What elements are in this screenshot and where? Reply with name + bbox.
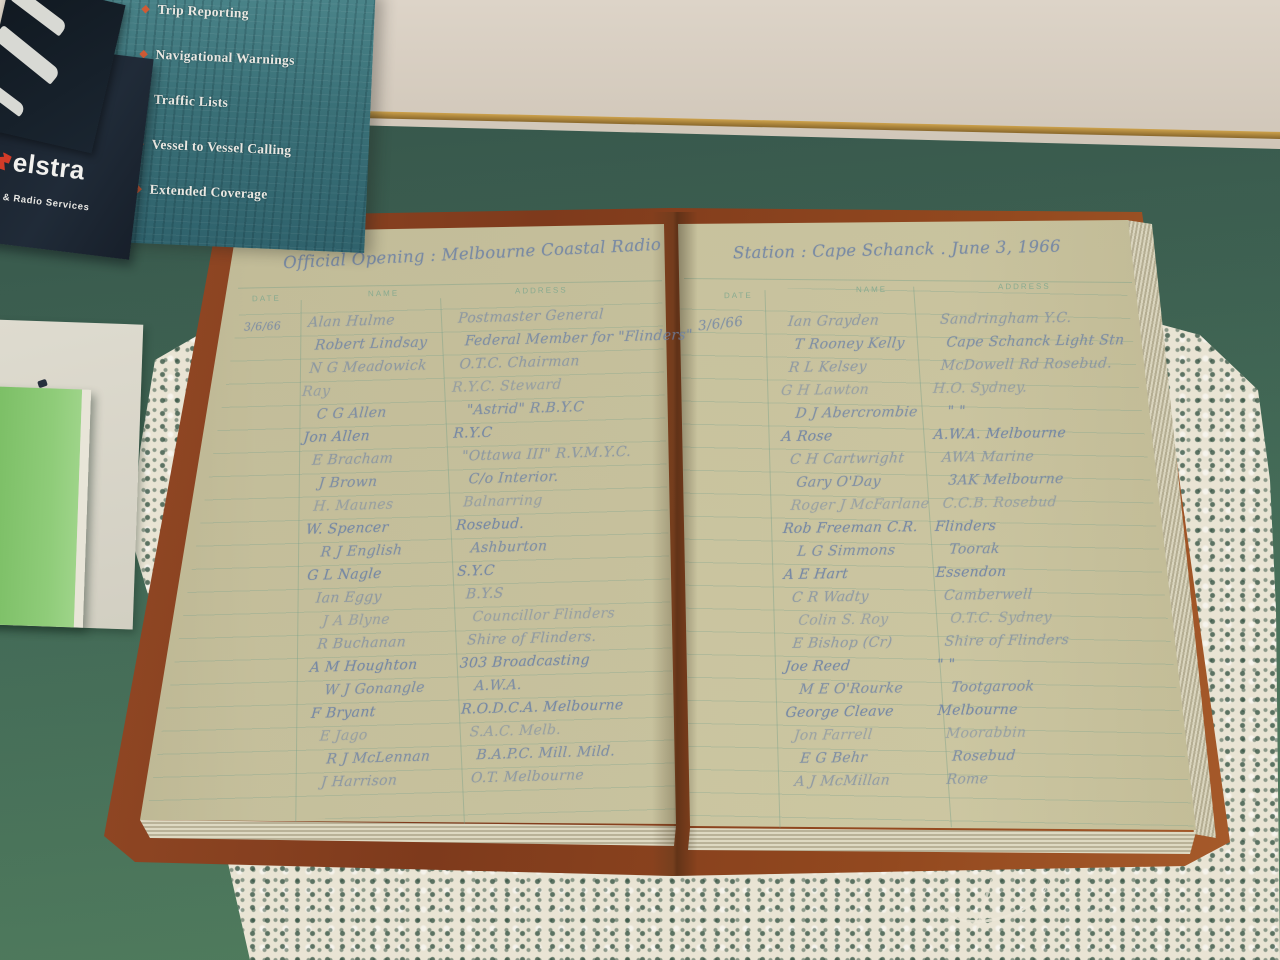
right-column-date-label: DATE bbox=[724, 291, 753, 300]
boat-shape-icon bbox=[0, 25, 61, 85]
guest-name: Jon Farrell bbox=[785, 726, 947, 744]
brochure-service-list: Trip Reporting Navigational Warnings Tra… bbox=[133, 1, 298, 233]
guest-address: Sandringham Y.C. bbox=[940, 309, 1173, 328]
guest-name: E Bracham bbox=[303, 449, 462, 469]
telstra-logo-icon bbox=[0, 151, 12, 171]
guestbook-entries-left: Alan Hulme Postmaster General Robert Lin… bbox=[300, 305, 675, 798]
guest-address: H.O. Sydney. bbox=[932, 378, 1173, 397]
brochure-service-label: Traffic Lists bbox=[153, 92, 228, 111]
guest-name: D J Abercrombie bbox=[781, 404, 949, 422]
guest-name: E G Behr bbox=[785, 749, 953, 767]
guest-name: E Bishop (Cr) bbox=[784, 634, 946, 652]
guest-address: A.W.A. Melbourne bbox=[933, 424, 1174, 443]
guest-name: Robert Lindsay bbox=[300, 333, 465, 354]
right-column-address-label: ADDRESS bbox=[998, 282, 1051, 291]
guest-name: F Bryant bbox=[310, 702, 461, 722]
left-page-date: 3/6/66 bbox=[244, 319, 282, 333]
guest-address: Moorabbin bbox=[945, 722, 1178, 741]
guest-name: Ian Eggy bbox=[307, 586, 466, 606]
guest-name: R J McLennan bbox=[312, 747, 477, 768]
guest-address: Flinders bbox=[934, 515, 1175, 534]
bullet-icon bbox=[141, 5, 149, 13]
guest-name: T Rooney Kelly bbox=[780, 335, 948, 353]
guest-name: C R Wadty bbox=[783, 588, 945, 606]
brochure-service-label: Extended Coverage bbox=[149, 182, 268, 203]
guest-name: N G Meadowick bbox=[301, 357, 460, 377]
guest-address: O.T.C. Sydney bbox=[950, 607, 1177, 626]
guest-name: A J McMillan bbox=[786, 772, 948, 790]
brochure-service-label: Vessel to Vessel Calling bbox=[151, 137, 291, 159]
guest-name: R L Kelsey bbox=[780, 358, 942, 376]
guest-name: Colin S. Roy bbox=[783, 611, 951, 629]
guest-name: Rob Freeman C.R. bbox=[782, 519, 936, 537]
guest-name: A Rose bbox=[781, 427, 935, 445]
telstra-brand-text: elstra bbox=[11, 147, 87, 187]
guest-address: McDowell Rd Rosebud. bbox=[940, 355, 1173, 374]
guest-address: Camberwell bbox=[943, 584, 1176, 603]
guest-address: Rosebud bbox=[952, 745, 1179, 764]
guest-name: G L Nagle bbox=[307, 564, 458, 584]
photo-guestbook-scene: A Official Opening : Melbourne Coastal R… bbox=[0, 0, 1280, 960]
guest-name: Gary O'Day bbox=[781, 473, 949, 491]
guest-address: Melbourne bbox=[937, 699, 1178, 718]
boat-shape-icon bbox=[8, 0, 68, 36]
guest-address: 3AK Melbourne bbox=[948, 470, 1175, 489]
guest-address: " " bbox=[947, 401, 1174, 420]
guest-name: A M Houghton bbox=[309, 656, 460, 676]
guest-name: Ray bbox=[301, 380, 452, 400]
guest-name: L G Simmons bbox=[782, 542, 950, 560]
guest-name: H. Maunes bbox=[305, 494, 464, 514]
guest-name: C H Cartwright bbox=[781, 450, 943, 468]
guest-name: M E O'Rourke bbox=[784, 680, 952, 698]
telstra-brand-subtitle: Satellite & Radio Services bbox=[0, 188, 141, 220]
guest-address: Tootgarook bbox=[951, 676, 1178, 695]
brochure-service-label: Navigational Warnings bbox=[155, 47, 295, 69]
guest-address: Cape Schanck Light Stn bbox=[946, 332, 1173, 351]
guest-address: " " bbox=[936, 653, 1177, 672]
guest-name: George Cleave bbox=[785, 703, 939, 721]
brochure-service-item: Vessel to Vessel Calling bbox=[136, 136, 291, 159]
guest-address: Rome bbox=[946, 768, 1179, 787]
left-column-date-label: DATE bbox=[252, 294, 281, 304]
guest-name: W. Spencer bbox=[305, 518, 456, 538]
guest-address: Toorak bbox=[949, 538, 1176, 557]
right-column-name-label: NAME bbox=[856, 285, 887, 294]
guest-name: R Buchanan bbox=[308, 632, 467, 652]
guest-address: AWA Marine bbox=[941, 447, 1174, 466]
brochure-service-item: Extended Coverage bbox=[134, 181, 289, 204]
left-column-address-label: ADDRESS bbox=[515, 286, 568, 296]
brochure-service-item: Traffic Lists bbox=[138, 91, 293, 114]
left-column-name-label: NAME bbox=[368, 289, 399, 299]
guest-name: Roger J McFarlane bbox=[782, 496, 944, 514]
guest-name: Ian Grayden bbox=[779, 312, 941, 330]
guest-name: E Jago bbox=[311, 724, 470, 744]
guest-name: J A Blyne bbox=[308, 609, 473, 630]
boat-shape-icon bbox=[0, 80, 27, 117]
guest-name: C G Allen bbox=[302, 402, 467, 423]
guest-name: W J Gonangle bbox=[310, 678, 475, 699]
telstra-brand: elstra bbox=[0, 145, 87, 187]
guest-address: C.C.B. Rosebud bbox=[942, 492, 1175, 511]
guest-name: Jon Allen bbox=[303, 426, 454, 446]
guest-name: A E Hart bbox=[783, 565, 937, 583]
guest-name: R J English bbox=[306, 540, 471, 561]
guest-name: J Harrison bbox=[312, 770, 471, 790]
guest-name: Joe Reed bbox=[784, 657, 938, 675]
guest-name: J Brown bbox=[304, 471, 469, 492]
brochure-service-item: Trip Reporting bbox=[142, 1, 297, 24]
guest-name: Alan Hulme bbox=[299, 311, 458, 331]
guest-address: Essendon bbox=[935, 561, 1176, 580]
guest-address: Shire of Flinders bbox=[944, 630, 1177, 649]
brochure-service-label: Trip Reporting bbox=[157, 2, 249, 22]
guestbook-entries-right: Ian Grayden Sandringham Y.C. T Rooney Ke… bbox=[780, 309, 1179, 797]
brochure-service-item: Navigational Warnings bbox=[140, 46, 295, 69]
guest-name: G H Lawton bbox=[780, 381, 934, 399]
